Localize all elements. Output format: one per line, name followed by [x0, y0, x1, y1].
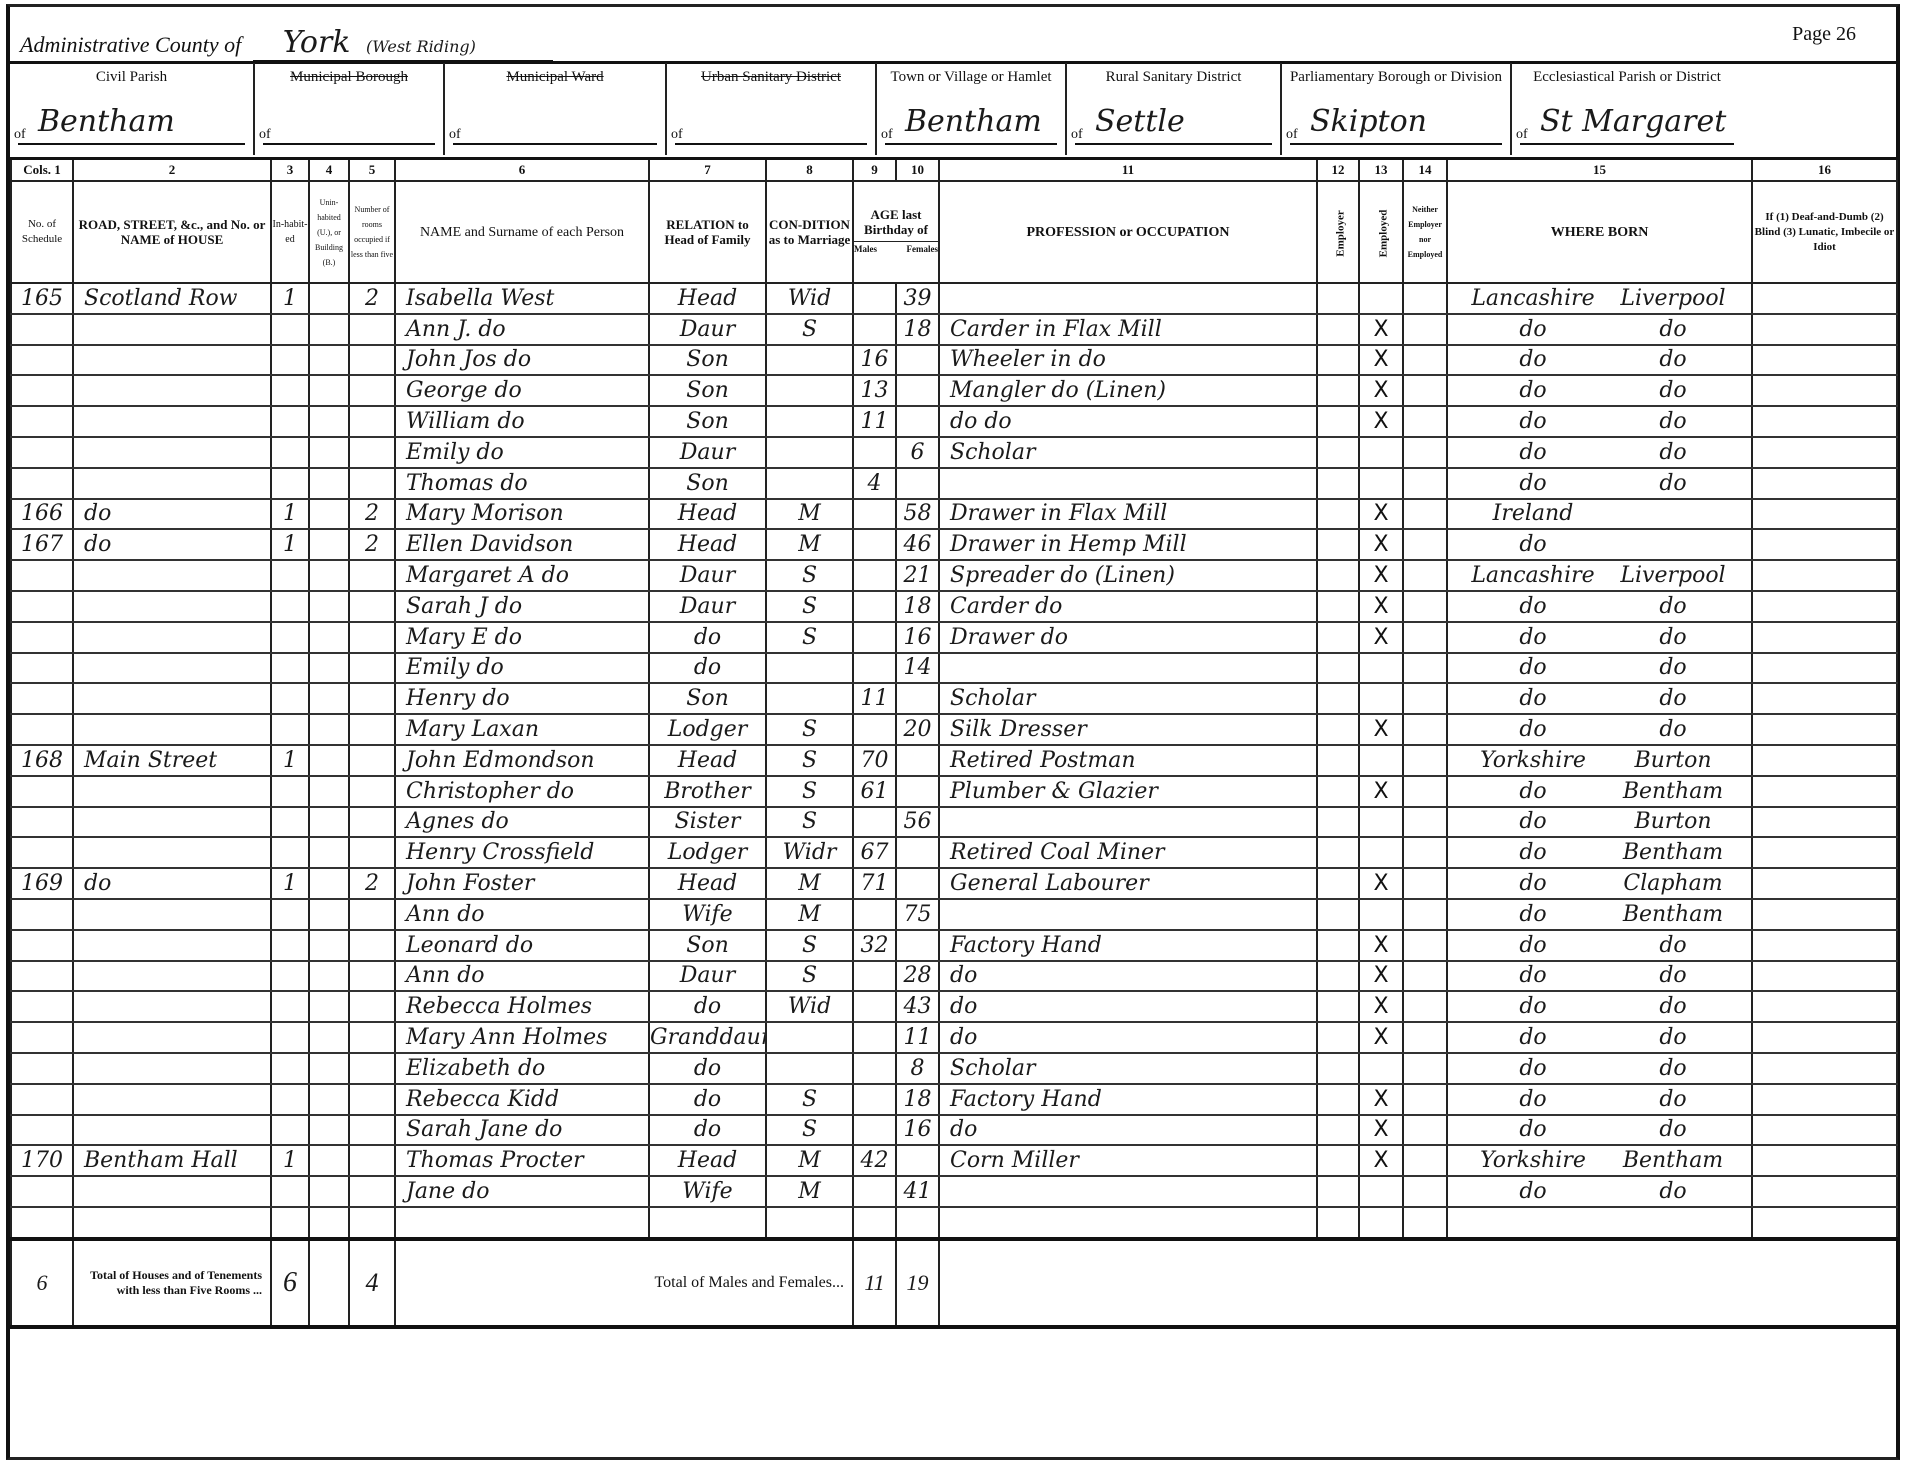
inhabited: 1: [271, 283, 309, 314]
inhabited: [271, 807, 309, 838]
born-place: do: [1608, 994, 1738, 1019]
employer-mark: [1317, 714, 1359, 745]
of-label: of: [14, 127, 26, 143]
road-name: do: [73, 499, 271, 530]
rooms: [349, 683, 395, 714]
road-name: [73, 653, 271, 684]
occupation: [939, 653, 1317, 684]
inhabited: [271, 899, 309, 930]
male-age: [853, 1115, 896, 1146]
boundary-value-line: ofSt Margaret: [1520, 101, 1734, 145]
boundary-value-line: ofBentham: [18, 101, 245, 145]
male-age: [853, 1176, 896, 1207]
uninhabited: [309, 683, 349, 714]
person-name: Rebecca Kidd: [395, 1084, 649, 1115]
boundary-value: Skipton: [1310, 104, 1427, 139]
infirmity: [1752, 807, 1897, 838]
schedule-number: [11, 991, 73, 1022]
male-age: 4: [853, 468, 896, 499]
road-name: [73, 991, 271, 1022]
male-age: 16: [853, 345, 896, 376]
table-row: Mary E dodoS16Drawer doXdodo: [11, 622, 1897, 653]
rooms: [349, 1145, 395, 1176]
born-place: do: [1608, 471, 1738, 496]
born-county: do: [1458, 317, 1608, 342]
neither-mark: [1403, 622, 1447, 653]
occupation: Corn Miller: [939, 1145, 1317, 1176]
boundary-label: Town or Village or Hamlet: [877, 69, 1065, 85]
schedule-number: [11, 406, 73, 437]
column-numbers-row: Cols. 1 2 3 4 5 6 7 8 9 10 11 12 13 14 1…: [11, 159, 1897, 182]
condition: M: [766, 868, 853, 899]
neither-mark: [1403, 437, 1447, 468]
infirmity: [1752, 375, 1897, 406]
born-county: do: [1458, 871, 1608, 896]
person-name: Elizabeth do: [395, 1053, 649, 1084]
relation: Head: [649, 499, 766, 530]
female-age: [896, 1207, 939, 1239]
rooms: [349, 345, 395, 376]
road-name: [73, 406, 271, 437]
female-age: 6: [896, 437, 939, 468]
person-name: Thomas do: [395, 468, 649, 499]
admin-county-label: Administrative County of: [20, 32, 241, 57]
male-age: [853, 714, 896, 745]
employed-mark: X: [1359, 930, 1403, 961]
born-place: Bentham: [1608, 1148, 1738, 1173]
female-age: 14: [896, 653, 939, 684]
table-row: Henry doSon11Scholardodo: [11, 683, 1897, 714]
schedule-number: 168: [11, 745, 73, 776]
employed-mark: X: [1359, 1084, 1403, 1115]
born-county: Yorkshire: [1458, 1148, 1608, 1173]
header-males: Males: [854, 242, 877, 257]
infirmity: [1752, 714, 1897, 745]
colnum: 14: [1403, 159, 1447, 182]
male-age: [853, 961, 896, 992]
uninhabited: [309, 991, 349, 1022]
condition: [766, 1022, 853, 1053]
colnum: 16: [1752, 159, 1897, 182]
uninhabited: [309, 1115, 349, 1146]
person-name: Agnes do: [395, 807, 649, 838]
employed-mark: [1359, 683, 1403, 714]
road-name: [73, 837, 271, 868]
female-age: 18: [896, 314, 939, 345]
where-born: doClapham: [1447, 868, 1752, 899]
boundary-label: Ecclesiastical Parish or District: [1512, 69, 1742, 85]
of-label: of: [671, 127, 683, 143]
inhabited: 1: [271, 529, 309, 560]
schedule-number: [11, 714, 73, 745]
inhabited: [271, 560, 309, 591]
where-born: YorkshireBurton: [1447, 745, 1752, 776]
male-age: 32: [853, 930, 896, 961]
employer-mark: [1317, 837, 1359, 868]
schedule-number: 165: [11, 283, 73, 314]
where-born: dodo: [1447, 1084, 1752, 1115]
where-born: dodo: [1447, 375, 1752, 406]
table-row: Leonard doSonS32Factory HandXdodo: [11, 930, 1897, 961]
born-place: do: [1608, 440, 1738, 465]
boundary-civil-parish: Civil ParishofBentham: [10, 63, 255, 155]
boundary-urban-sanitary-district: Urban Sanitary Districtof: [667, 63, 877, 155]
person-name: John Edmondson: [395, 745, 649, 776]
relation: do: [649, 622, 766, 653]
uninhabited: [309, 437, 349, 468]
schedule-number: [11, 807, 73, 838]
total-houses-inhabited: 6: [271, 1239, 309, 1327]
neither-mark: [1403, 807, 1447, 838]
neither-mark: [1403, 776, 1447, 807]
table-row: Sarah J doDaurS18Carder doXdodo: [11, 591, 1897, 622]
condition: S: [766, 930, 853, 961]
relation: Head: [649, 745, 766, 776]
condition: M: [766, 499, 853, 530]
born-place: do: [1608, 1179, 1738, 1204]
rooms: [349, 591, 395, 622]
rooms: [349, 375, 395, 406]
rooms: [349, 622, 395, 653]
where-born: dodo: [1447, 591, 1752, 622]
colnum: 4: [309, 159, 349, 182]
infirmity: [1752, 1145, 1897, 1176]
road-name: [73, 345, 271, 376]
rooms: [349, 899, 395, 930]
where-born: dodo: [1447, 406, 1752, 437]
schedule-number: [11, 1115, 73, 1146]
road-name: [73, 683, 271, 714]
person-name: George do: [395, 375, 649, 406]
born-county: do: [1458, 840, 1608, 865]
condition: [766, 406, 853, 437]
condition: S: [766, 776, 853, 807]
employed-mark: [1359, 653, 1403, 684]
colnum: 3: [271, 159, 309, 182]
road-name: Bentham Hall: [73, 1145, 271, 1176]
occupation: Drawer do: [939, 622, 1317, 653]
relation: Daur: [649, 437, 766, 468]
boundary-row: Civil ParishofBenthamMunicipal Boroughof…: [10, 63, 1896, 155]
of-label: of: [449, 127, 461, 143]
condition: S: [766, 961, 853, 992]
uninhabited: [309, 807, 349, 838]
employer-mark: [1317, 745, 1359, 776]
employer-mark: [1317, 868, 1359, 899]
boundary-value-line: of: [453, 101, 657, 145]
where-born: dodo: [1447, 653, 1752, 684]
colnum: 2: [73, 159, 271, 182]
occupation: [939, 807, 1317, 838]
born-county: do: [1458, 963, 1608, 988]
rooms: [349, 1207, 395, 1239]
inhabited: 1: [271, 1145, 309, 1176]
neither-mark: [1403, 1053, 1447, 1084]
page-number: Page 26: [1792, 23, 1856, 46]
road-name: [73, 1084, 271, 1115]
male-age: [853, 437, 896, 468]
person-name: Isabella West: [395, 283, 649, 314]
female-age: 18: [896, 591, 939, 622]
female-age: 21: [896, 560, 939, 591]
employed-mark: X: [1359, 776, 1403, 807]
uninhabited: [309, 345, 349, 376]
born-county: do: [1458, 625, 1608, 650]
male-age: 70: [853, 745, 896, 776]
occupation: [939, 899, 1317, 930]
road-name: [73, 591, 271, 622]
schedule-number: [11, 653, 73, 684]
condition: [766, 375, 853, 406]
neither-mark: [1403, 375, 1447, 406]
total-uninhabited: [309, 1239, 349, 1327]
where-born: dodo: [1447, 314, 1752, 345]
neither-mark: [1403, 961, 1447, 992]
boundary-parliamentary-borough-or-division: Parliamentary Borough or DivisionofSkipt…: [1282, 63, 1512, 155]
rooms: [349, 1084, 395, 1115]
female-age: [896, 683, 939, 714]
employed-mark: [1359, 468, 1403, 499]
condition: [766, 1053, 853, 1084]
uninhabited: [309, 868, 349, 899]
inhabited: [271, 437, 309, 468]
road-name: [73, 1115, 271, 1146]
inhabited: [271, 1176, 309, 1207]
employed-mark: [1359, 745, 1403, 776]
employed-mark: [1359, 1176, 1403, 1207]
occupation: Factory Hand: [939, 1084, 1317, 1115]
condition: [766, 1207, 853, 1239]
rooms: [349, 807, 395, 838]
totals-blank: [939, 1239, 1897, 1327]
occupation: Drawer in Flax Mill: [939, 499, 1317, 530]
road-name: Main Street: [73, 745, 271, 776]
column-headers-row: No. of Schedule ROAD, STREET, &c., and N…: [11, 181, 1897, 283]
employed-mark: X: [1359, 1115, 1403, 1146]
neither-mark: [1403, 1207, 1447, 1239]
uninhabited: [309, 1084, 349, 1115]
employer-mark: [1317, 930, 1359, 961]
born-place: Liverpool: [1608, 563, 1738, 588]
female-age: [896, 868, 939, 899]
occupation: Spreader do (Linen): [939, 560, 1317, 591]
table-row: Rebecca HolmesdoWid43doXdodo: [11, 991, 1897, 1022]
person-name: Jane do: [395, 1176, 649, 1207]
road-name: [73, 776, 271, 807]
female-age: [896, 406, 939, 437]
uninhabited: [309, 529, 349, 560]
table-row: Emily doDaur6Scholardodo: [11, 437, 1897, 468]
male-age: 71: [853, 868, 896, 899]
male-age: [853, 529, 896, 560]
infirmity: [1752, 1022, 1897, 1053]
employed-mark: X: [1359, 529, 1403, 560]
rooms: [349, 961, 395, 992]
where-born: doBentham: [1447, 899, 1752, 930]
header-age: AGE last Birthday of MalesFemales: [853, 181, 939, 283]
road-name: [73, 899, 271, 930]
header-where-born: WHERE BORN: [1447, 181, 1752, 283]
relation: [649, 1207, 766, 1239]
born-county: do: [1458, 902, 1608, 927]
female-age: [896, 345, 939, 376]
where-born: dodo: [1447, 714, 1752, 745]
employer-mark: [1317, 1176, 1359, 1207]
where-born: [1447, 1207, 1752, 1239]
person-name: Ann J. do: [395, 314, 649, 345]
rooms: [349, 653, 395, 684]
uninhabited: [309, 930, 349, 961]
relation: Sister: [649, 807, 766, 838]
colnum: Cols. 1: [11, 159, 73, 182]
born-place: Bentham: [1608, 779, 1738, 804]
person-name: John Jos do: [395, 345, 649, 376]
neither-mark: [1403, 837, 1447, 868]
uninhabited: [309, 1145, 349, 1176]
boundary-municipal-borough: Municipal Boroughof: [255, 63, 445, 155]
inhabited: [271, 653, 309, 684]
born-place: Clapham: [1608, 871, 1738, 896]
colnum: 11: [939, 159, 1317, 182]
uninhabited: [309, 1207, 349, 1239]
employer-mark: [1317, 560, 1359, 591]
census-table: Cols. 1 2 3 4 5 6 7 8 9 10 11 12 13 14 1…: [10, 157, 1898, 1329]
colnum: 8: [766, 159, 853, 182]
infirmity: [1752, 1053, 1897, 1084]
person-name: John Foster: [395, 868, 649, 899]
employed-mark: [1359, 837, 1403, 868]
where-born: doBentham: [1447, 837, 1752, 868]
header-neither: Neither Employer nor Employed: [1403, 181, 1447, 283]
boundary-value-line: ofBentham: [885, 101, 1057, 145]
person-name: [395, 1207, 649, 1239]
female-age: 16: [896, 622, 939, 653]
schedule-number: 166: [11, 499, 73, 530]
employer-mark: [1317, 1145, 1359, 1176]
schedule-number: [11, 314, 73, 345]
born-place: do: [1608, 655, 1738, 680]
inhabited: [271, 468, 309, 499]
occupation: Wheeler in do: [939, 345, 1317, 376]
inhabited: [271, 930, 309, 961]
header-relation: RELATION to Head of Family: [649, 181, 766, 283]
header-employed: Employed: [1359, 181, 1403, 283]
header-age-label: AGE last Birthday of: [854, 207, 938, 237]
relation: Head: [649, 529, 766, 560]
female-age: 56: [896, 807, 939, 838]
rooms: [349, 776, 395, 807]
born-county: do: [1458, 717, 1608, 742]
born-place: do: [1608, 686, 1738, 711]
infirmity: [1752, 314, 1897, 345]
boundary-ecclesiastical-parish-or-district: Ecclesiastical Parish or DistrictofSt Ma…: [1512, 63, 1742, 155]
schedule-number: [11, 899, 73, 930]
condition: S: [766, 622, 853, 653]
infirmity: [1752, 776, 1897, 807]
inhabited: [271, 622, 309, 653]
colnum: 7: [649, 159, 766, 182]
inhabited: [271, 1207, 309, 1239]
born-place: do: [1608, 933, 1738, 958]
born-county: do: [1458, 1056, 1608, 1081]
male-age: [853, 499, 896, 530]
female-age: 43: [896, 991, 939, 1022]
female-age: 28: [896, 961, 939, 992]
born-county: do: [1458, 1087, 1608, 1112]
table-row: Jane doWifeM41dodo: [11, 1176, 1897, 1207]
born-place: do: [1608, 594, 1738, 619]
colnum: 12: [1317, 159, 1359, 182]
uninhabited: [309, 283, 349, 314]
boundary-rural-sanitary-district: Rural Sanitary DistrictofSettle: [1067, 63, 1282, 155]
rooms: 2: [349, 529, 395, 560]
header-employed-label: Employed: [1376, 209, 1391, 257]
condition: S: [766, 714, 853, 745]
born-county: do: [1458, 1179, 1608, 1204]
male-age: [853, 1022, 896, 1053]
where-born: LancashireLiverpool: [1447, 560, 1752, 591]
table-row: Ann J. doDaurS18Carder in Flax MillXdodo: [11, 314, 1897, 345]
born-county: do: [1458, 655, 1608, 680]
of-label: of: [1286, 127, 1298, 143]
road-name: [73, 807, 271, 838]
employed-mark: [1359, 1053, 1403, 1084]
inhabited: 1: [271, 745, 309, 776]
male-age: [853, 991, 896, 1022]
person-name: Sarah Jane do: [395, 1115, 649, 1146]
born-place: do: [1608, 378, 1738, 403]
total-males: 11: [853, 1239, 896, 1327]
born-county: do: [1458, 440, 1608, 465]
occupation: Drawer in Hemp Mill: [939, 529, 1317, 560]
relation: Head: [649, 1145, 766, 1176]
employer-mark: [1317, 375, 1359, 406]
header-uninhabited: Unin-habited (U.), or Building (B.): [309, 181, 349, 283]
header-occupation: PROFESSION or OCCUPATION: [939, 181, 1317, 283]
schedule-number: [11, 591, 73, 622]
neither-mark: [1403, 899, 1447, 930]
inhabited: [271, 345, 309, 376]
boundary-value-line: ofSkipton: [1290, 101, 1502, 145]
born-place: do: [1608, 347, 1738, 372]
occupation: Scholar: [939, 683, 1317, 714]
where-born: dodo: [1447, 961, 1752, 992]
road-name: [73, 468, 271, 499]
of-label: of: [1516, 127, 1528, 143]
male-age: 11: [853, 683, 896, 714]
table-row: 167do12Ellen DavidsonHeadM46Drawer in He…: [11, 529, 1897, 560]
infirmity: [1752, 837, 1897, 868]
female-age: 8: [896, 1053, 939, 1084]
table-row: Elizabeth dodo8Scholardodo: [11, 1053, 1897, 1084]
relation: Son: [649, 930, 766, 961]
where-born: dodo: [1447, 930, 1752, 961]
uninhabited: [309, 961, 349, 992]
boundary-value: Bentham: [905, 104, 1042, 139]
born-county: Lancashire: [1458, 563, 1608, 588]
rooms: [349, 1053, 395, 1084]
female-age: [896, 468, 939, 499]
employer-mark: [1317, 314, 1359, 345]
born-county: do: [1458, 594, 1608, 619]
rooms: [349, 714, 395, 745]
born-county: do: [1458, 378, 1608, 403]
inhabited: 1: [271, 868, 309, 899]
schedule-number: [11, 1176, 73, 1207]
total-schedules: 6: [11, 1239, 73, 1327]
male-age: 61: [853, 776, 896, 807]
female-age: 18: [896, 1084, 939, 1115]
